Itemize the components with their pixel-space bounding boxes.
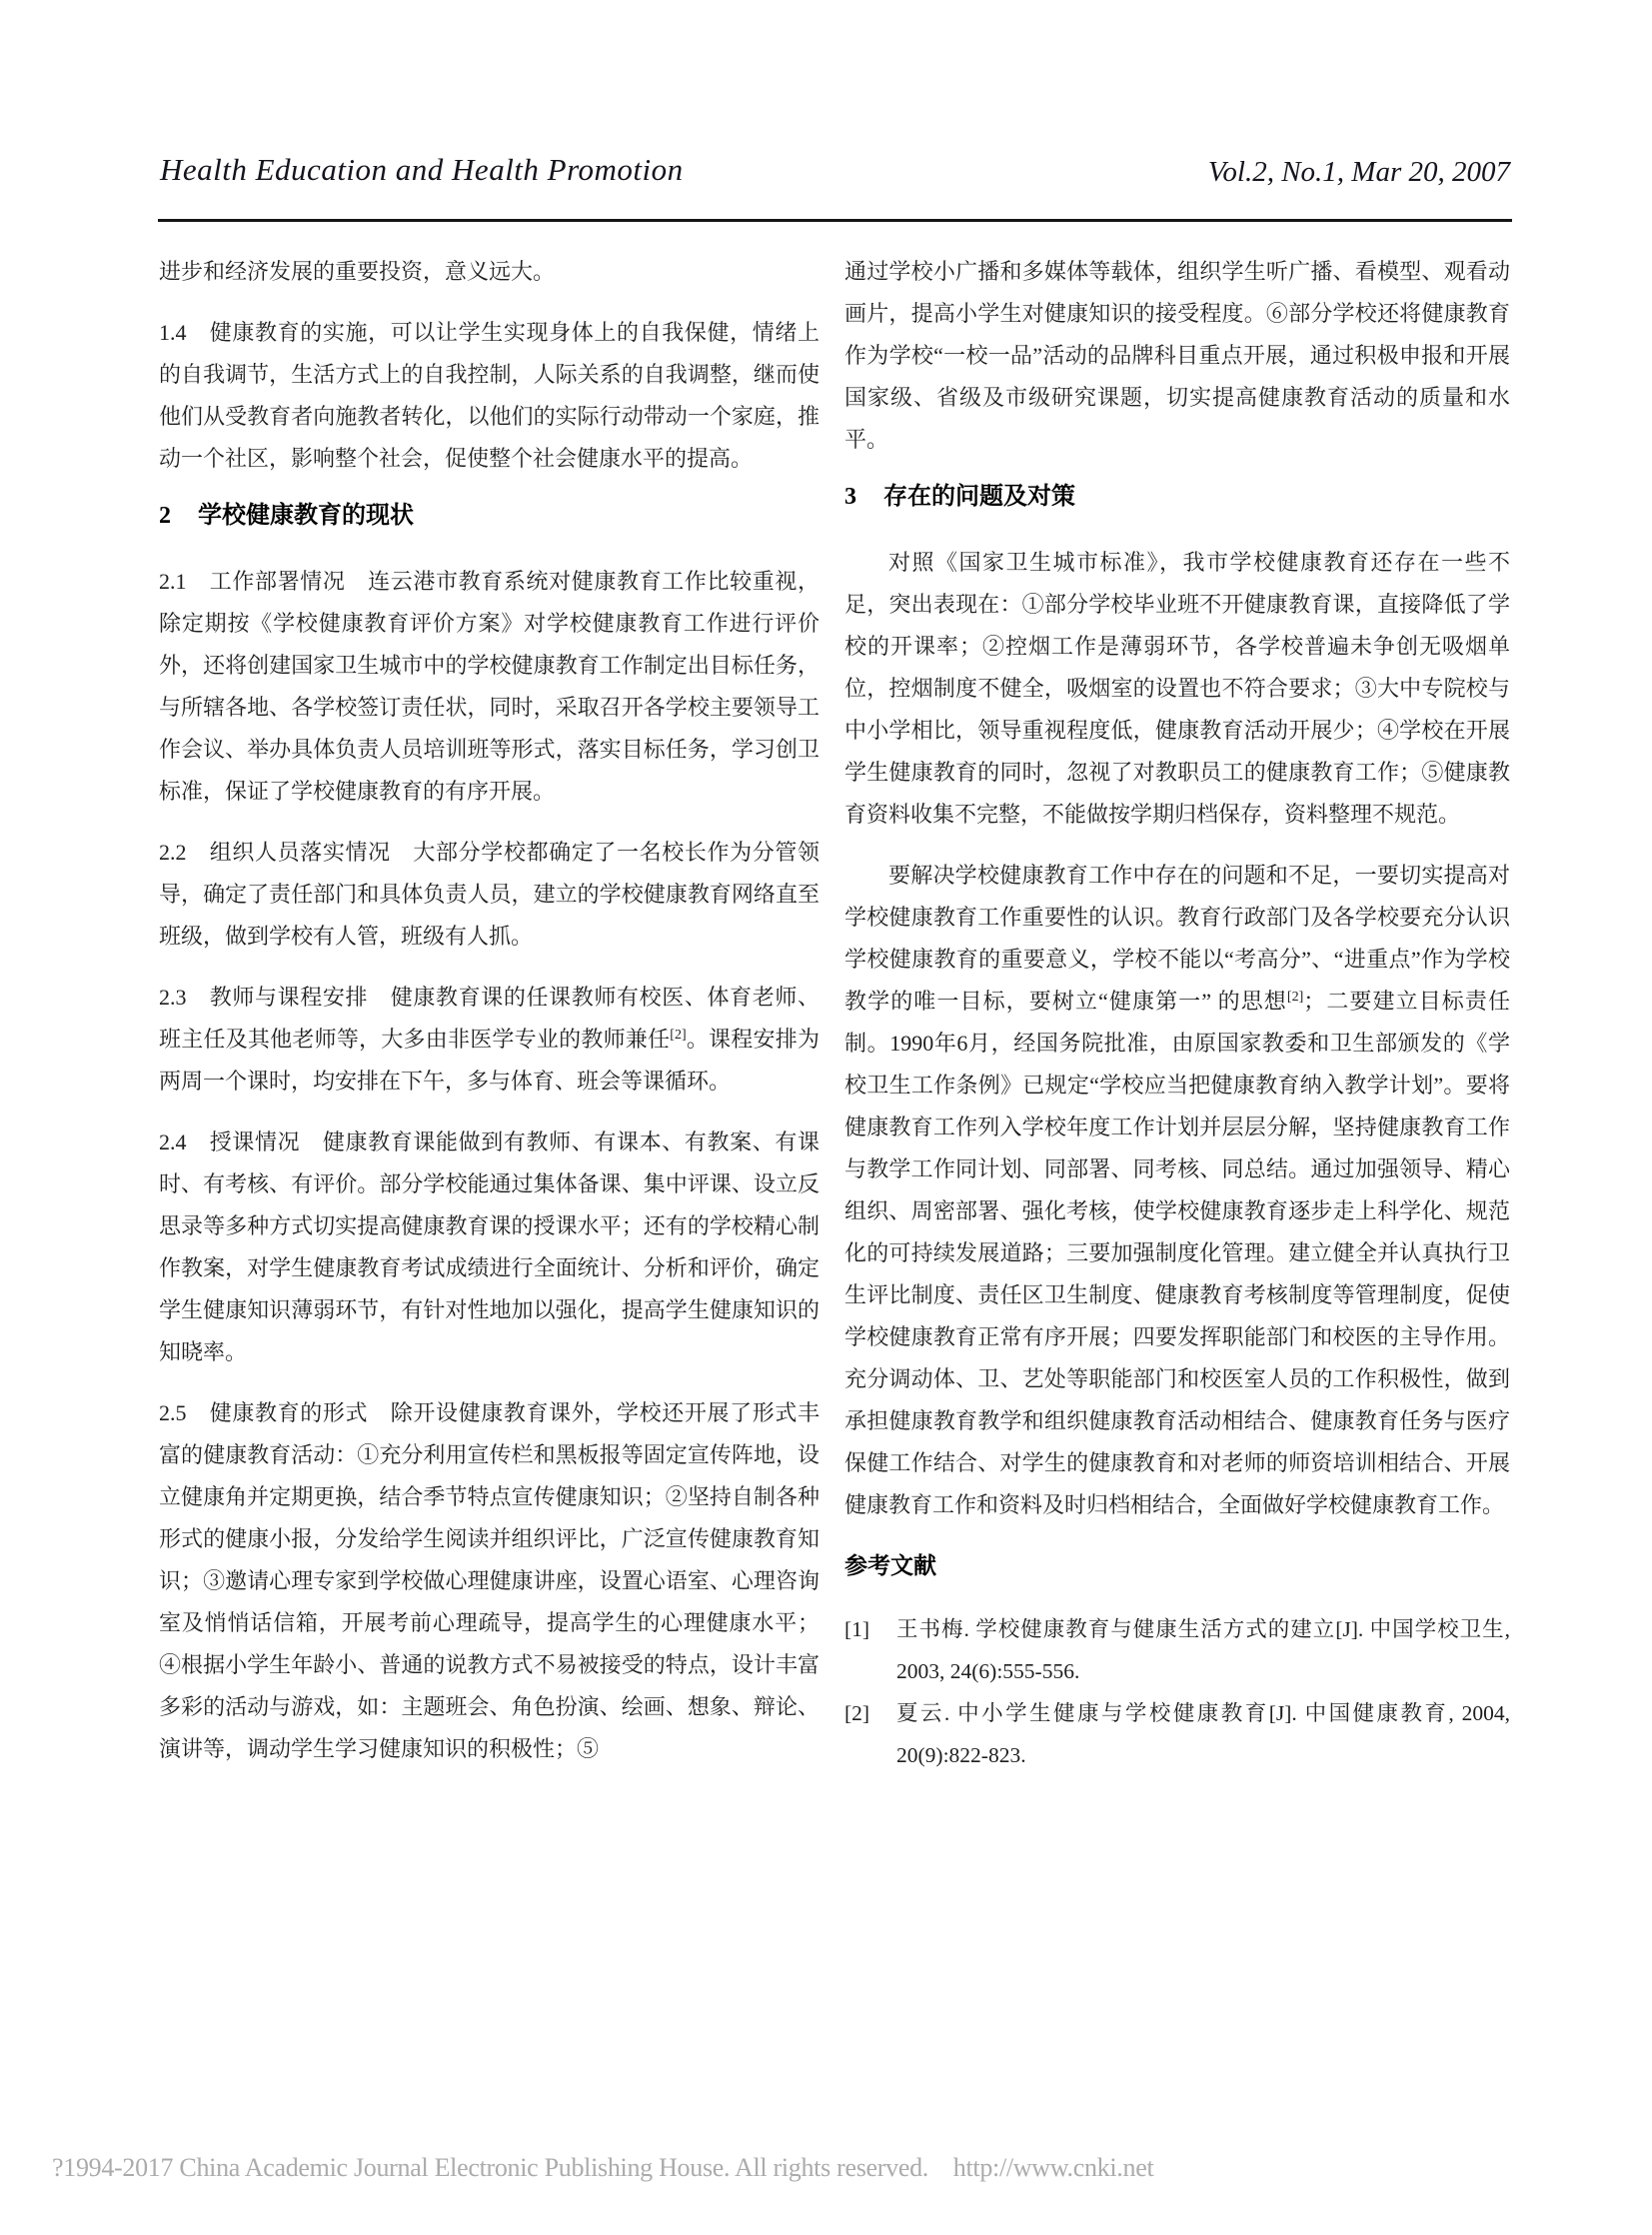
section-2-title: 学校健康教育的现状 (198, 502, 414, 529)
paragraph-2-3: 2.3 教师与课程安排 健康教育课的任课教师有校医、体育老师、班主任及其他老师等… (159, 977, 820, 1103)
paragraph-solutions-text-cont: ；二要建立目标责任制。1990年6月，经国务院批准，由原国家教委和卫生部颁发的《… (844, 989, 1510, 1517)
section-2-number: 2 (159, 503, 171, 529)
paragraph-1-4: 1.4 健康教育的实施，可以让学生实现身体上的自我保健，情绪上的自我调节，生活方… (159, 312, 820, 480)
section-3-title: 存在的问题及对策 (883, 483, 1075, 510)
journal-page: Health Education and Health Promotion Vo… (0, 0, 1652, 2235)
paragraph-problems: 对照《国家卫生城市标准》，我市学校健康教育还存在一些不足，突出表现在：①部分学校… (844, 542, 1510, 836)
reference-text: 王书梅. 学校健康教育与健康生活方式的建立[J]. 中国学校卫生, 2003, … (896, 1608, 1510, 1692)
citation-marker: [2] (1287, 990, 1303, 1005)
reference-number: [2] (844, 1692, 896, 1776)
references-heading: 参考文献 (844, 1550, 1510, 1580)
paragraph-2-2: 2.2 组织人员落实情况 大部分学校都确定了一名校长作为分管领导，确定了责任部门… (159, 832, 820, 958)
paragraph-continuation: 进步和经济发展的重要投资，意义远大。 (159, 251, 820, 293)
right-column: 通过学校小广播和多媒体等载体，组织学生听广播、看模型、观看动画片，提高小学生对健… (844, 251, 1510, 1776)
left-column: 进步和经济发展的重要投资，意义远大。 1.4 健康教育的实施，可以让学生实现身体… (159, 251, 820, 1789)
paragraph-2-4: 2.4 授课情况 健康教育课能做到有教师、有课本、有教案、有课时、有考核、有评价… (159, 1121, 820, 1373)
citation-marker: [2] (670, 1028, 686, 1043)
copyright-footer: ?1994-2017 China Academic Journal Electr… (52, 2153, 1153, 2183)
paragraph-2-5: 2.5 健康教育的形式 除开设健康教育课外，学校还开展了形式丰富的健康教育活动：… (159, 1392, 820, 1770)
reference-item: [1] 王书梅. 学校健康教育与健康生活方式的建立[J]. 中国学校卫生, 20… (844, 1608, 1510, 1692)
header-rule (158, 219, 1512, 222)
section-3-heading: 3存在的问题及对策 (844, 482, 1510, 512)
reference-text: 夏云. 中小学生健康与学校健康教育[J]. 中国健康教育, 2004, 20(9… (896, 1692, 1510, 1776)
section-2-heading: 2学校健康教育的现状 (159, 501, 820, 531)
paragraph-2-1: 2.1 工作部署情况 连云港市教育系统对健康教育工作比较重视，除定期按《学校健康… (159, 561, 820, 813)
issue-info: Vol.2, No.1, Mar 20, 2007 (1208, 156, 1510, 189)
reference-number: [1] (844, 1608, 896, 1692)
section-3-number: 3 (844, 484, 856, 510)
reference-item: [2] 夏云. 中小学生健康与学校健康教育[J]. 中国健康教育, 2004, … (844, 1692, 1510, 1776)
paragraph-solutions: 要解决学校健康教育工作中存在的问题和不足，一要切实提高对学校健康教育工作重要性的… (844, 855, 1510, 1526)
journal-title: Health Education and Health Promotion (160, 152, 684, 188)
paragraph-continuation-right: 通过学校小广播和多媒体等载体，组织学生听广播、看模型、观看动画片，提高小学生对健… (844, 251, 1510, 461)
